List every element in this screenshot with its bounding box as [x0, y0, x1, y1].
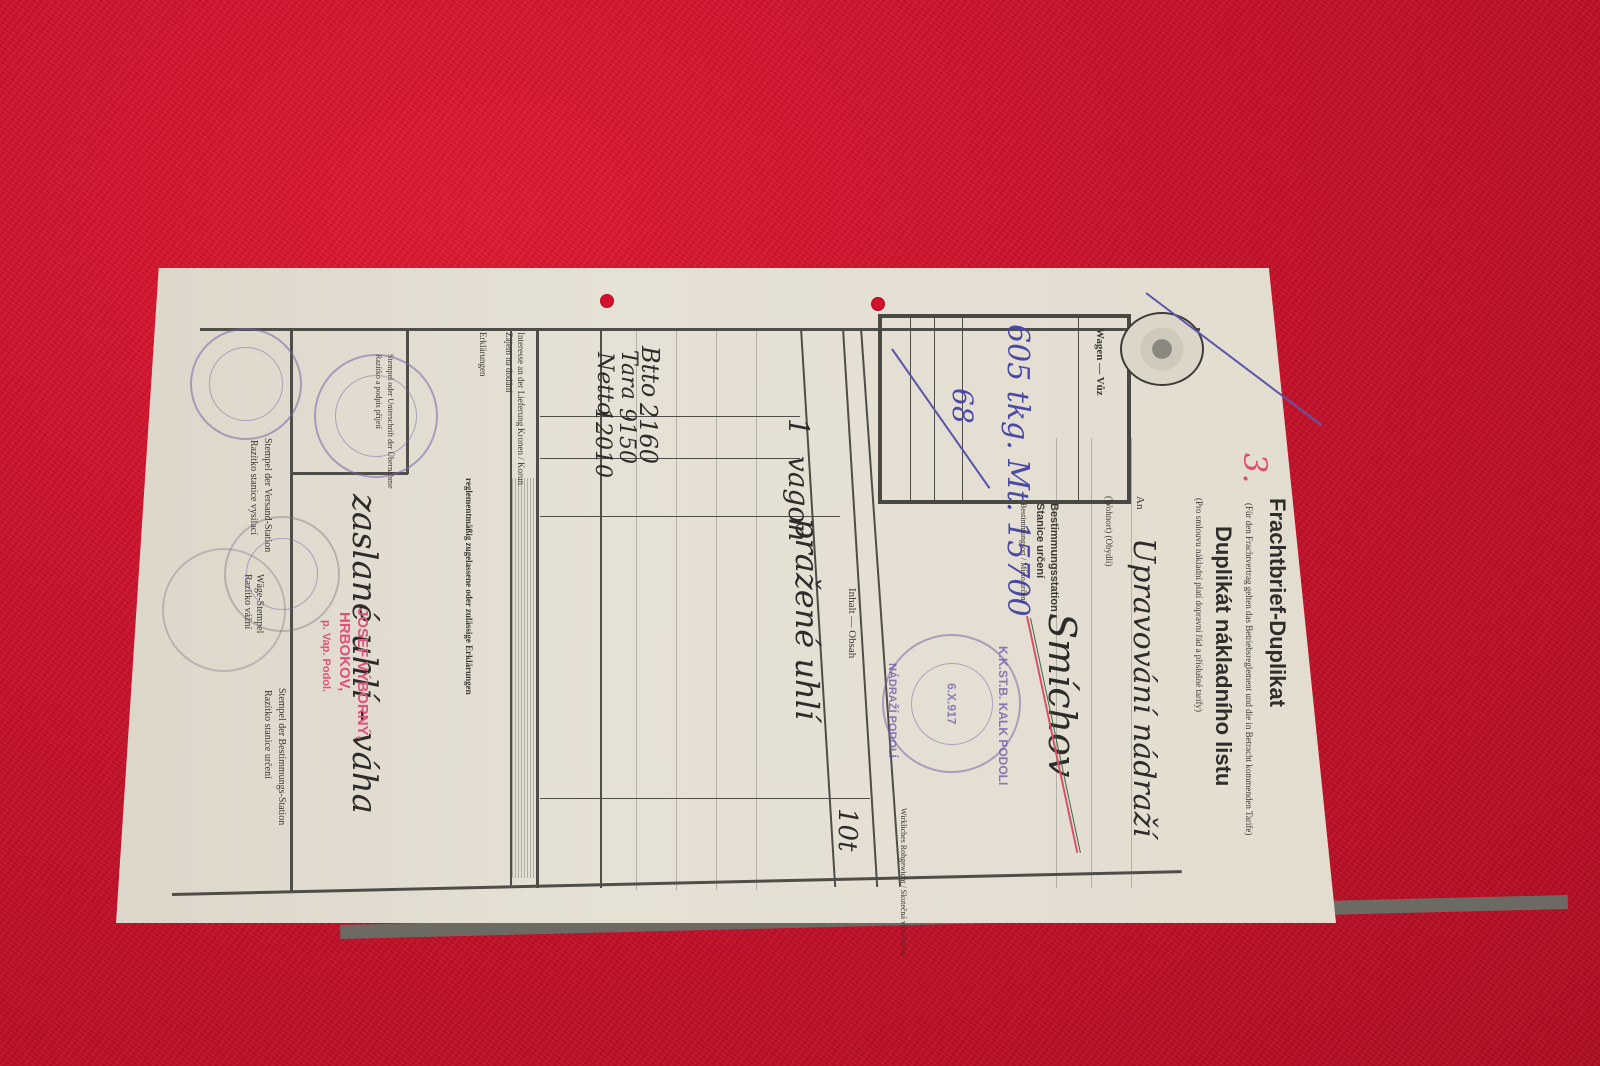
- railway-stamp-text: K.K.ST.B. KALK PODOLI: [996, 646, 1010, 785]
- dest-stamp-label-cs: Razítko stanice určení: [262, 690, 273, 779]
- grid-row: [540, 458, 800, 459]
- faded-stamp: [190, 328, 302, 440]
- declaration-text: reglementmäßig zugelassene oder zulässig…: [464, 478, 474, 695]
- handwritten-wagon: 605 tkg. Mt. 15700: [1000, 324, 1035, 617]
- hatched-strip: [512, 478, 536, 878]
- sender-stamp-line2: HRBOKOV,: [336, 612, 353, 691]
- sheet-number: 3.: [1236, 453, 1274, 484]
- destination-label-cs: Stanice určení: [1034, 503, 1046, 578]
- subtitle-czech: (Pro smlouvu nákladní platí dopravní řád…: [1194, 498, 1204, 712]
- weigh-stamp-faded: [162, 548, 286, 672]
- weight-label: Wirkliches Rohgewicht / Skutečná váha hr…: [868, 808, 908, 956]
- destination-sub-label: Bestimmungsort / Místo určení: [1019, 503, 1028, 603]
- contents-quantity: 1: [782, 418, 815, 436]
- addressee-label: (Wohnort) (Obydlí): [1104, 496, 1114, 567]
- netto-label: Netto: [592, 352, 617, 415]
- railway-stamp-sub: NÁDRAŽÍ PODOLÍ: [886, 663, 898, 758]
- interest-unit: Kronen / Korun: [516, 428, 526, 485]
- destination-label-de: Bestimmungsstation: [1048, 503, 1060, 612]
- grid-row: [540, 416, 800, 417]
- tara-value: 9150: [614, 408, 639, 464]
- subtitle-german: (Für den Frachtvertrag gelten das Betrie…: [1244, 503, 1254, 835]
- title-czech: Duplikát nákladního listu: [1210, 526, 1236, 786]
- grid-row: [540, 798, 870, 799]
- netto-value: 12010: [590, 408, 615, 478]
- declaration-label: Erklärungen: [478, 332, 488, 376]
- sender-station-stamp: [314, 354, 438, 478]
- addressee-value: Upravování nádraží: [1126, 538, 1161, 837]
- sender-stamp-line3: p. Vap. Podol.: [320, 620, 332, 692]
- weight-value: 10t: [832, 808, 862, 852]
- tara-label: Tara: [616, 350, 641, 400]
- consignment-note: Wagen — Vůz 605 tkg. Mt. 15700 68 3. Fra…: [116, 268, 1336, 923]
- punch-hole: [871, 297, 885, 311]
- contents-description: pražené uhlí: [788, 518, 826, 720]
- wagon-box-header: Wagen — Vůz: [1094, 328, 1106, 396]
- interest-label-de: Interesse an der Lieferung: [516, 332, 526, 426]
- dest-stamp-label-de: Stempel der Bestimmungs-Station: [276, 688, 287, 825]
- punch-hole: [600, 294, 614, 308]
- an-label: An: [1134, 496, 1146, 509]
- contents-label: Inhalt — Obsah: [846, 588, 858, 658]
- interest-label-cs: Zájem na dodání: [504, 332, 514, 392]
- handwritten-number: 68: [946, 388, 979, 424]
- sender-stamp-line1: JOSEF VÝBORNÝ,: [354, 608, 371, 740]
- interest-divider: [536, 328, 539, 888]
- official-seal-icon: [1120, 312, 1204, 386]
- title-german: Frachtbrief-Duplikat: [1264, 498, 1290, 707]
